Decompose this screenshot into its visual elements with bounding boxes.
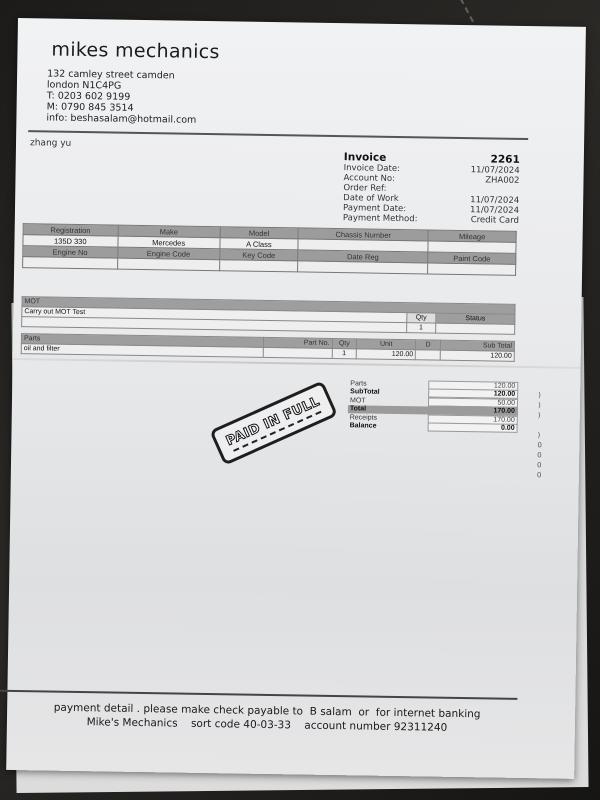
header-divider bbox=[28, 130, 528, 140]
part-no bbox=[263, 347, 332, 358]
customer-name: zhang yu bbox=[30, 138, 71, 149]
invoice-title: Invoice bbox=[344, 151, 387, 164]
invoice-paper: mikes mechanics 132 camley street camden… bbox=[6, 18, 586, 779]
footer-divider bbox=[0, 690, 517, 700]
mot-qty: 1 bbox=[406, 323, 436, 333]
part-qty: 1 bbox=[332, 348, 357, 358]
field-value: Credit Card bbox=[471, 215, 519, 226]
part-d bbox=[416, 350, 441, 360]
totals-row-balance: Balance 0.00 bbox=[348, 422, 518, 433]
field-label: Order Ref: bbox=[343, 183, 386, 194]
engine-no-value bbox=[23, 257, 118, 269]
field-label: Payment Method: bbox=[343, 213, 418, 224]
part-subtotal: 120.00 bbox=[440, 350, 514, 361]
totals-summary: Parts 120.00 SubTotal 120.00 MOT 50.00 T… bbox=[348, 379, 519, 433]
mot-qty-header: Qty bbox=[406, 313, 436, 323]
underlying-sheet-edge-marks: ))))0000 bbox=[537, 390, 543, 480]
d-header: D bbox=[416, 340, 441, 350]
parts-table: Parts Part No. Qty Unit D Sub Total oil … bbox=[21, 333, 515, 362]
key-code-value bbox=[219, 260, 297, 272]
totals-label: Balance bbox=[348, 422, 377, 429]
payment-footer: payment detail . please make check payab… bbox=[7, 700, 527, 736]
engine-code-value bbox=[117, 258, 219, 271]
mot-table: MOT Carry out MOT Test Qty Status 1 bbox=[21, 296, 515, 335]
totals-label: MOT bbox=[348, 397, 366, 404]
totals-label: SubTotal bbox=[348, 388, 380, 395]
email-line: info: beshasalam@hotmail.com bbox=[46, 112, 196, 125]
totals-label: Receipts bbox=[348, 414, 377, 421]
totals-label: Parts bbox=[348, 380, 366, 387]
part-unit: 120.00 bbox=[356, 349, 415, 360]
business-address: 132 camley street camden london N1C4PG T… bbox=[46, 68, 197, 125]
invoice-number: 2261 bbox=[491, 153, 520, 165]
field-value: 11/07/2024 bbox=[471, 165, 520, 176]
paid-in-full-stamp: PAID IN FULL bbox=[209, 380, 338, 465]
totals-value: 0.00 bbox=[428, 423, 518, 433]
field-value: ZHA002 bbox=[485, 175, 519, 186]
date-reg-value bbox=[298, 261, 428, 274]
stamp-text: PAID IN FULL bbox=[224, 394, 322, 449]
totals-label: Total bbox=[348, 405, 366, 412]
vehicle-table: Registration Make Model Chassis Number M… bbox=[22, 223, 517, 276]
business-name: mikes mechanics bbox=[51, 39, 220, 64]
mot-status bbox=[436, 323, 515, 334]
qty-header: Qty bbox=[332, 338, 357, 348]
paint-code-value bbox=[428, 263, 516, 275]
invoice-details: Invoice 2261 Invoice Date:11/07/2024 Acc… bbox=[343, 151, 520, 226]
